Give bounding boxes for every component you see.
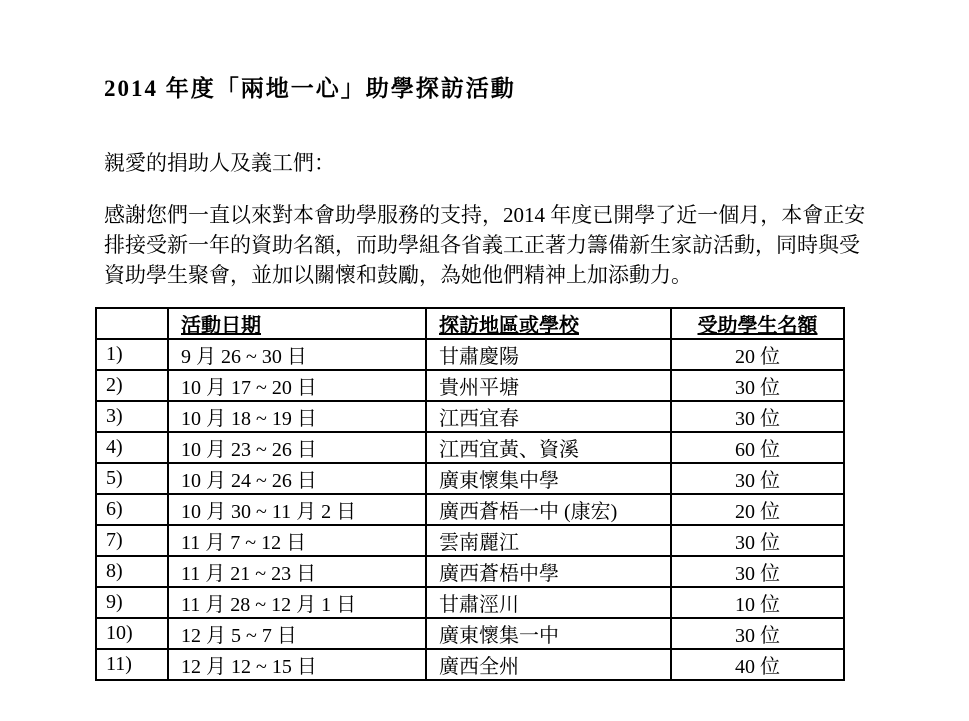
activity-schedule-table: 活動日期 探訪地區或學校 受助學生名額 1) 9 月 26 ~ 30 日 甘肅慶… <box>95 307 845 681</box>
table-row: 9) 11 月 28 ~ 12 月 1 日 甘肅涇川 10 位 <box>96 587 844 618</box>
table-row: 5) 10 月 24 ~ 26 日 廣東懷集中學 30 位 <box>96 463 844 494</box>
cell-quota: 20 位 <box>671 494 844 525</box>
cell-date: 10 月 24 ~ 26 日 <box>168 463 426 494</box>
cell-location: 雲南麗江 <box>426 525 671 556</box>
cell-date: 10 月 18 ~ 19 日 <box>168 401 426 432</box>
cell-quota: 30 位 <box>671 525 844 556</box>
cell-no: 8) <box>96 556 168 587</box>
cell-no: 1) <box>96 339 168 370</box>
column-header-date: 活動日期 <box>168 308 426 339</box>
table-row: 6) 10 月 30 ~ 11 月 2 日 廣西蒼梧一中 (康宏) 20 位 <box>96 494 844 525</box>
table-row: 1) 9 月 26 ~ 30 日 甘肅慶陽 20 位 <box>96 339 844 370</box>
document-page: 2014 年度「兩地一心」助學探訪活動 親愛的捐助人及義工們： 感謝您們一直以來… <box>0 0 969 721</box>
cell-quota: 60 位 <box>671 432 844 463</box>
cell-quota: 30 位 <box>671 618 844 649</box>
cell-no: 2) <box>96 370 168 401</box>
cell-no: 5) <box>96 463 168 494</box>
table-row: 10) 12 月 5 ~ 7 日 廣東懷集一中 30 位 <box>96 618 844 649</box>
cell-no: 9) <box>96 587 168 618</box>
cell-no: 4) <box>96 432 168 463</box>
cell-location: 廣東懷集一中 <box>426 618 671 649</box>
table-header-row: 活動日期 探訪地區或學校 受助學生名額 <box>96 308 844 339</box>
cell-no: 11) <box>96 649 168 680</box>
greeting-line: 親愛的捐助人及義工們： <box>104 147 335 177</box>
paragraph-line: 排接受新一年的資助名額，而助學組各省義工正著力籌備新生家訪活動，同時與受 <box>104 230 865 260</box>
cell-date: 10 月 17 ~ 20 日 <box>168 370 426 401</box>
cell-location: 江西宜黃、資溪 <box>426 432 671 463</box>
cell-quota: 40 位 <box>671 649 844 680</box>
table-row: 3) 10 月 18 ~ 19 日 江西宜春 30 位 <box>96 401 844 432</box>
cell-location: 廣東懷集中學 <box>426 463 671 494</box>
paragraph-line: 感謝您們一直以來對本會助學服務的支持，2014 年度已開學了近一個月，本會正安 <box>104 200 865 230</box>
cell-no: 7) <box>96 525 168 556</box>
cell-location: 廣西全州 <box>426 649 671 680</box>
intro-paragraph: 感謝您們一直以來對本會助學服務的支持，2014 年度已開學了近一個月，本會正安 … <box>104 200 865 290</box>
cell-location: 江西宜春 <box>426 401 671 432</box>
paragraph-line: 資助學生聚會，並加以關懷和鼓勵，為她他們精神上加添動力。 <box>104 260 865 290</box>
cell-quota: 30 位 <box>671 463 844 494</box>
cell-quota: 10 位 <box>671 587 844 618</box>
column-header-location: 探訪地區或學校 <box>426 308 671 339</box>
cell-quota: 30 位 <box>671 401 844 432</box>
column-header-quota: 受助學生名額 <box>671 308 844 339</box>
cell-date: 10 月 30 ~ 11 月 2 日 <box>168 494 426 525</box>
cell-no: 10) <box>96 618 168 649</box>
header-blank <box>96 308 168 339</box>
cell-location: 廣西蒼梧一中 (康宏) <box>426 494 671 525</box>
cell-date: 10 月 23 ~ 26 日 <box>168 432 426 463</box>
cell-date: 11 月 21 ~ 23 日 <box>168 556 426 587</box>
cell-no: 6) <box>96 494 168 525</box>
cell-location: 甘肅涇川 <box>426 587 671 618</box>
table-row: 11) 12 月 12 ~ 15 日 廣西全州 40 位 <box>96 649 844 680</box>
cell-no: 3) <box>96 401 168 432</box>
cell-date: 11 月 7 ~ 12 日 <box>168 525 426 556</box>
table-row: 2) 10 月 17 ~ 20 日 貴州平塘 30 位 <box>96 370 844 401</box>
table-row: 4) 10 月 23 ~ 26 日 江西宜黃、資溪 60 位 <box>96 432 844 463</box>
cell-location: 廣西蒼梧中學 <box>426 556 671 587</box>
page-title: 2014 年度「兩地一心」助學探訪活動 <box>104 70 516 103</box>
table-row: 7) 11 月 7 ~ 12 日 雲南麗江 30 位 <box>96 525 844 556</box>
cell-quota: 30 位 <box>671 556 844 587</box>
cell-date: 12 月 12 ~ 15 日 <box>168 649 426 680</box>
cell-quota: 30 位 <box>671 370 844 401</box>
cell-location: 貴州平塘 <box>426 370 671 401</box>
cell-quota: 20 位 <box>671 339 844 370</box>
cell-date: 11 月 28 ~ 12 月 1 日 <box>168 587 426 618</box>
cell-date: 9 月 26 ~ 30 日 <box>168 339 426 370</box>
cell-date: 12 月 5 ~ 7 日 <box>168 618 426 649</box>
table-row: 8) 11 月 21 ~ 23 日 廣西蒼梧中學 30 位 <box>96 556 844 587</box>
cell-location: 甘肅慶陽 <box>426 339 671 370</box>
